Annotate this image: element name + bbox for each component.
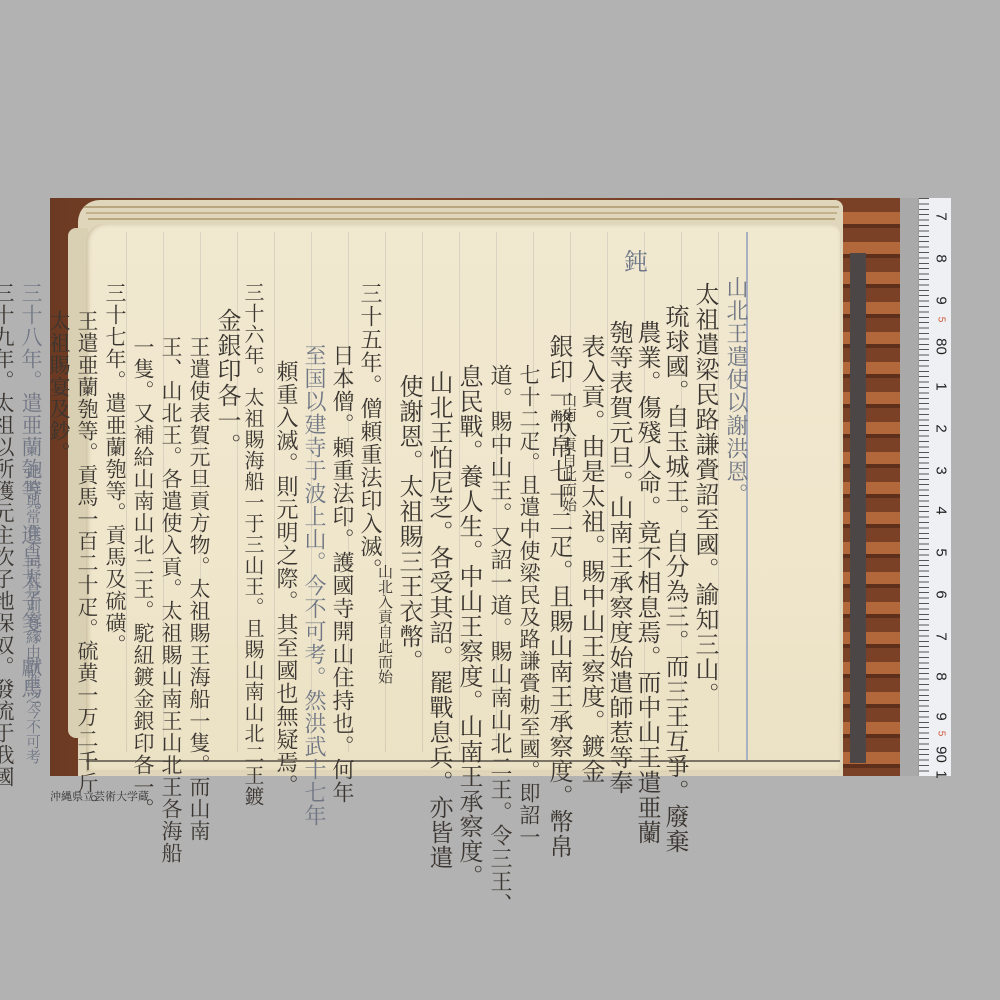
text-column: 三十五年。僧頼重法印入滅。 xyxy=(354,282,384,581)
text-column: 息民戰。養人生。中山王察度。山南王承察度。 xyxy=(454,364,484,889)
text-column: 道。賜中山王。又詔一道。賜山南山北二王。令三王、 xyxy=(484,364,514,916)
text-column: 三十七年。遣亜蘭匏等。貢馬及硫磺。 xyxy=(100,282,130,656)
ruler-label: 4 xyxy=(933,501,950,521)
text-column: 山北王怕尼芝。各受其詔。罷戰息兵。亦皆遣 xyxy=(424,370,454,870)
text-column: 匏等表賀元旦。山南王承察度始遣師惹等奉 xyxy=(604,320,634,795)
ruler-ticks xyxy=(919,198,929,776)
cover-binding-right xyxy=(834,198,900,776)
text-column: 三十八年。遣亜蘭匏等。進皇太子箋。獻馬。 xyxy=(16,282,46,722)
collection-credit: 沖縄県立芸術大学蔵 xyxy=(50,788,149,804)
notebook-page: 鈍 山北王遣使以謝洪恩。 太祖遣梁民路謙賫詔至國。諭知三山。 琉球國。自玉城王。… xyxy=(86,224,840,772)
ruler-label: 8 xyxy=(933,667,950,687)
text-column: 太祖遣梁民路謙賫詔至國。諭知三山。 xyxy=(690,282,720,707)
text-column: 王遣亜蘭匏等。貢馬一百二十疋。硫黄一万二千斤。 xyxy=(72,310,102,816)
text-column: 王遣使表賀元旦貢方物。太祖賜王海船一隻。而山南 xyxy=(184,336,214,842)
ruler-label: 90 xyxy=(933,745,950,765)
annotation-note: 山北入貢自此而始 xyxy=(376,564,393,684)
text-column: 三十九年。太祖以所獲元主次子地保奴。發流于我國 xyxy=(0,282,18,788)
ruler-label: 1 xyxy=(933,765,950,785)
text-column: 三十六年。太祖賜海船一于三山王。且賜山南山北二王鍍 xyxy=(240,282,266,807)
text-column: 琉球國。自玉城王。自分為三。而三王互爭。廢棄 xyxy=(660,304,690,854)
ruler-label: 3 xyxy=(933,461,950,481)
ruler-label: 5 xyxy=(936,724,947,744)
ruler-label: 1 xyxy=(933,377,950,397)
text-column: 至国以建寺于波上山。今不可考。然洪武十七年 xyxy=(298,344,328,827)
text-column: 使謝恩。太祖賜三王衣幣。 xyxy=(394,374,424,674)
cover-gap xyxy=(850,253,866,763)
text-column: 表入貢。由是太祖。賜中山王察度。鍍金 xyxy=(576,334,606,784)
text-column: 日本僧。頼重法印。護國寺開山住持也。何年 xyxy=(326,344,356,804)
ruler-label: 5 xyxy=(936,310,947,330)
ruler-label: 7 xyxy=(933,627,950,647)
text-column: 金銀印各一。 xyxy=(212,308,242,458)
ruler-label: 8 xyxy=(933,249,950,269)
text-column: 王、山北王。各遣使入貢。太祖賜山南王山北王各海船 xyxy=(156,336,186,864)
header-mark: 鈍 xyxy=(624,242,648,277)
text-column: 農業。傷殘人命。竟不相息焉。而中山王遣亜蘭 xyxy=(632,320,662,845)
text-column: 頼重入滅。則元明之際。其至國也無疑焉。 xyxy=(270,360,300,797)
ruler-label: 2 xyxy=(933,419,950,439)
ruler-label: 6 xyxy=(933,585,950,605)
margin-note: 山北王遣使以謝洪恩。 xyxy=(720,276,750,506)
text-column: 七十二疋。且遣中使梁民及路謙賫勅至國。即詔一 xyxy=(514,364,544,848)
measuring-ruler: 7 8 9 5 80 1 2 3 4 5 6 7 8 9 5 90 1 xyxy=(918,198,951,776)
text-column: 太祖賜宴及鈔。 xyxy=(44,310,74,464)
archive-photo: 鈍 山北王遣使以謝洪恩。 太祖遣梁民路謙賫詔至國。諭知三山。 琉球國。自玉城王。… xyxy=(50,198,950,776)
ruler-label: 5 xyxy=(933,543,950,563)
ruler-label: 7 xyxy=(933,207,950,227)
text-column: 一隻。又補給山南山北二王。駝紐鍍金銀印各一。 xyxy=(128,336,158,820)
text-column: 銀印一幣帛七十二疋。且賜山南王承察度。幣帛 xyxy=(544,334,574,859)
ruler-label: 9 xyxy=(933,291,950,311)
ruler-label: 80 xyxy=(933,337,950,357)
